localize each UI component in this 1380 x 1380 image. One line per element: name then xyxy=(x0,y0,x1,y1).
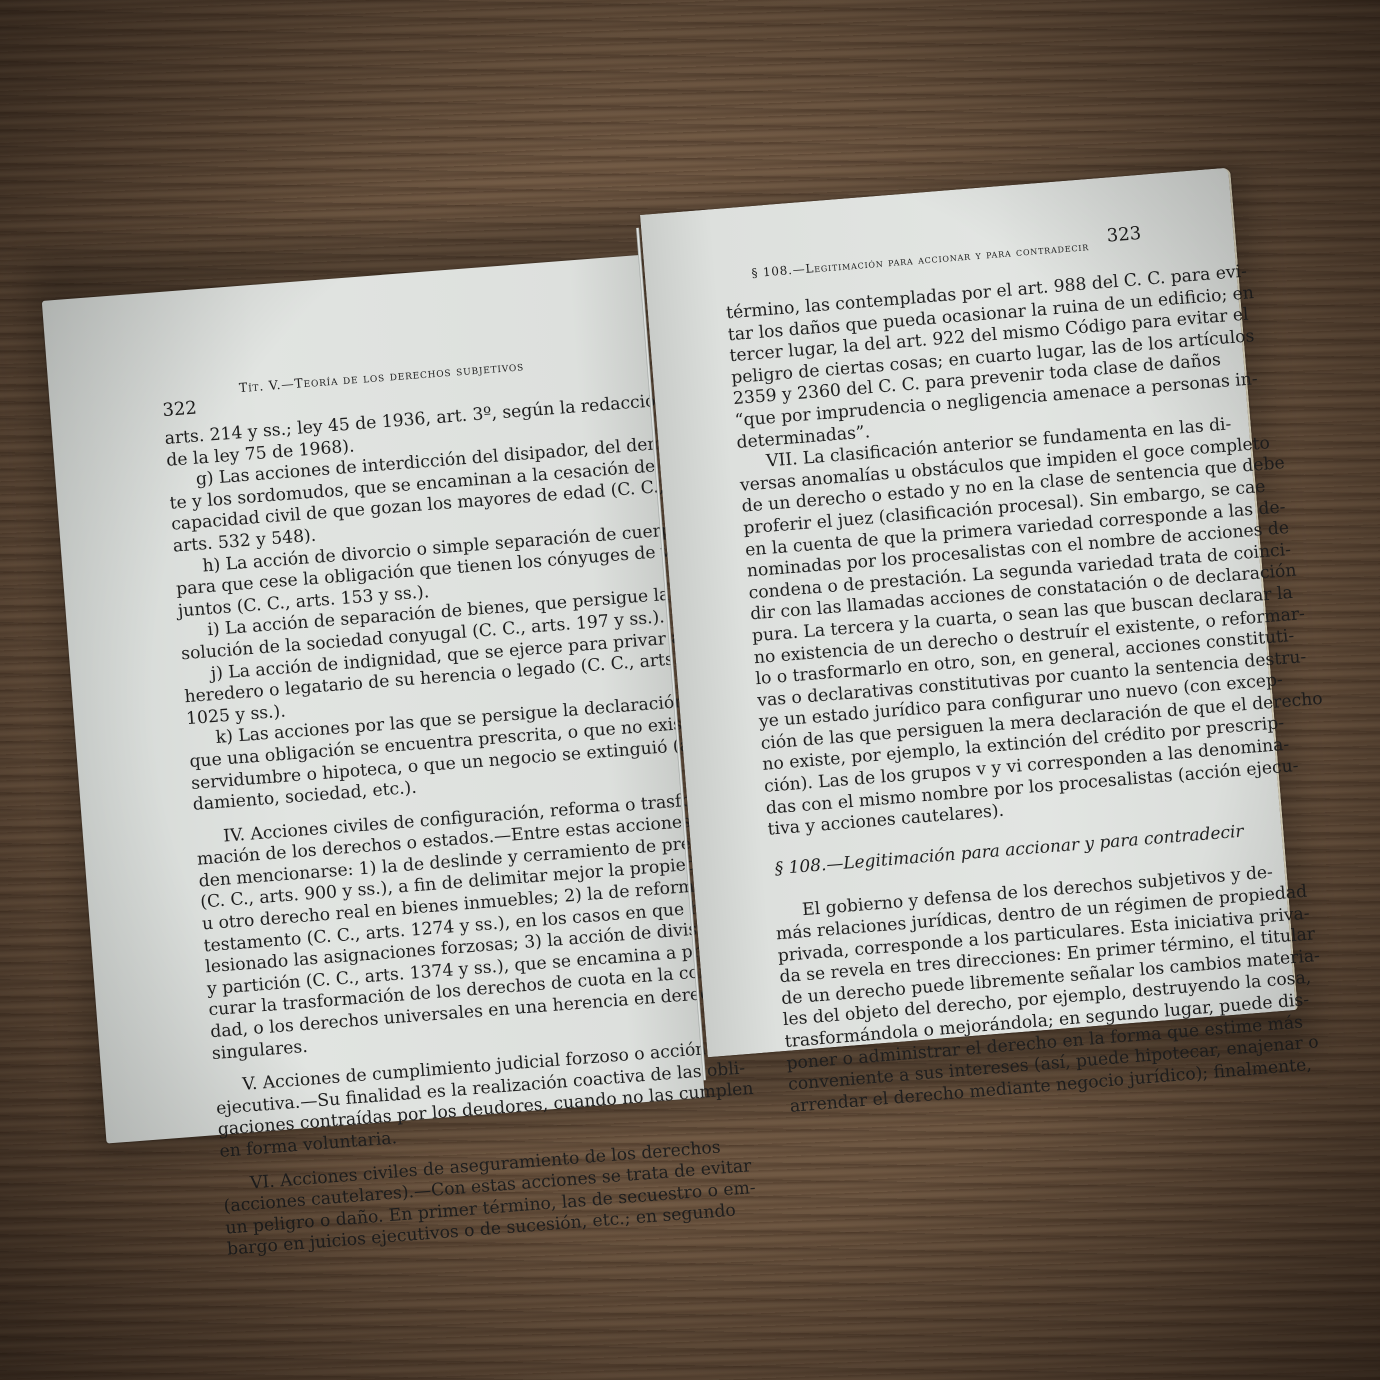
page-number-right: 323 xyxy=(1106,223,1142,247)
running-title-left: Tít. V.—Teoría de los derechos subjetivo… xyxy=(238,358,524,395)
right-text-before-heading: término, las contempladas por el art. 98… xyxy=(725,265,1245,841)
left-page: 322 Tít. V.—Teoría de los derechos subje… xyxy=(42,255,705,1144)
left-page-text: arts. 214 y ss.; ley 45 de 1936, art. 3º… xyxy=(164,393,702,1262)
page-number-left: 322 xyxy=(162,397,198,421)
running-title-right: § 108.—Legitimación para accionar y para… xyxy=(751,239,1090,280)
right-page: § 108.—Legitimación para accionar y para… xyxy=(640,168,1298,1058)
right-text-after-heading: El gobierno y defensa de los derechos su… xyxy=(774,865,1268,1119)
right-page-text: término, las contempladas por el art. 98… xyxy=(725,265,1267,1118)
